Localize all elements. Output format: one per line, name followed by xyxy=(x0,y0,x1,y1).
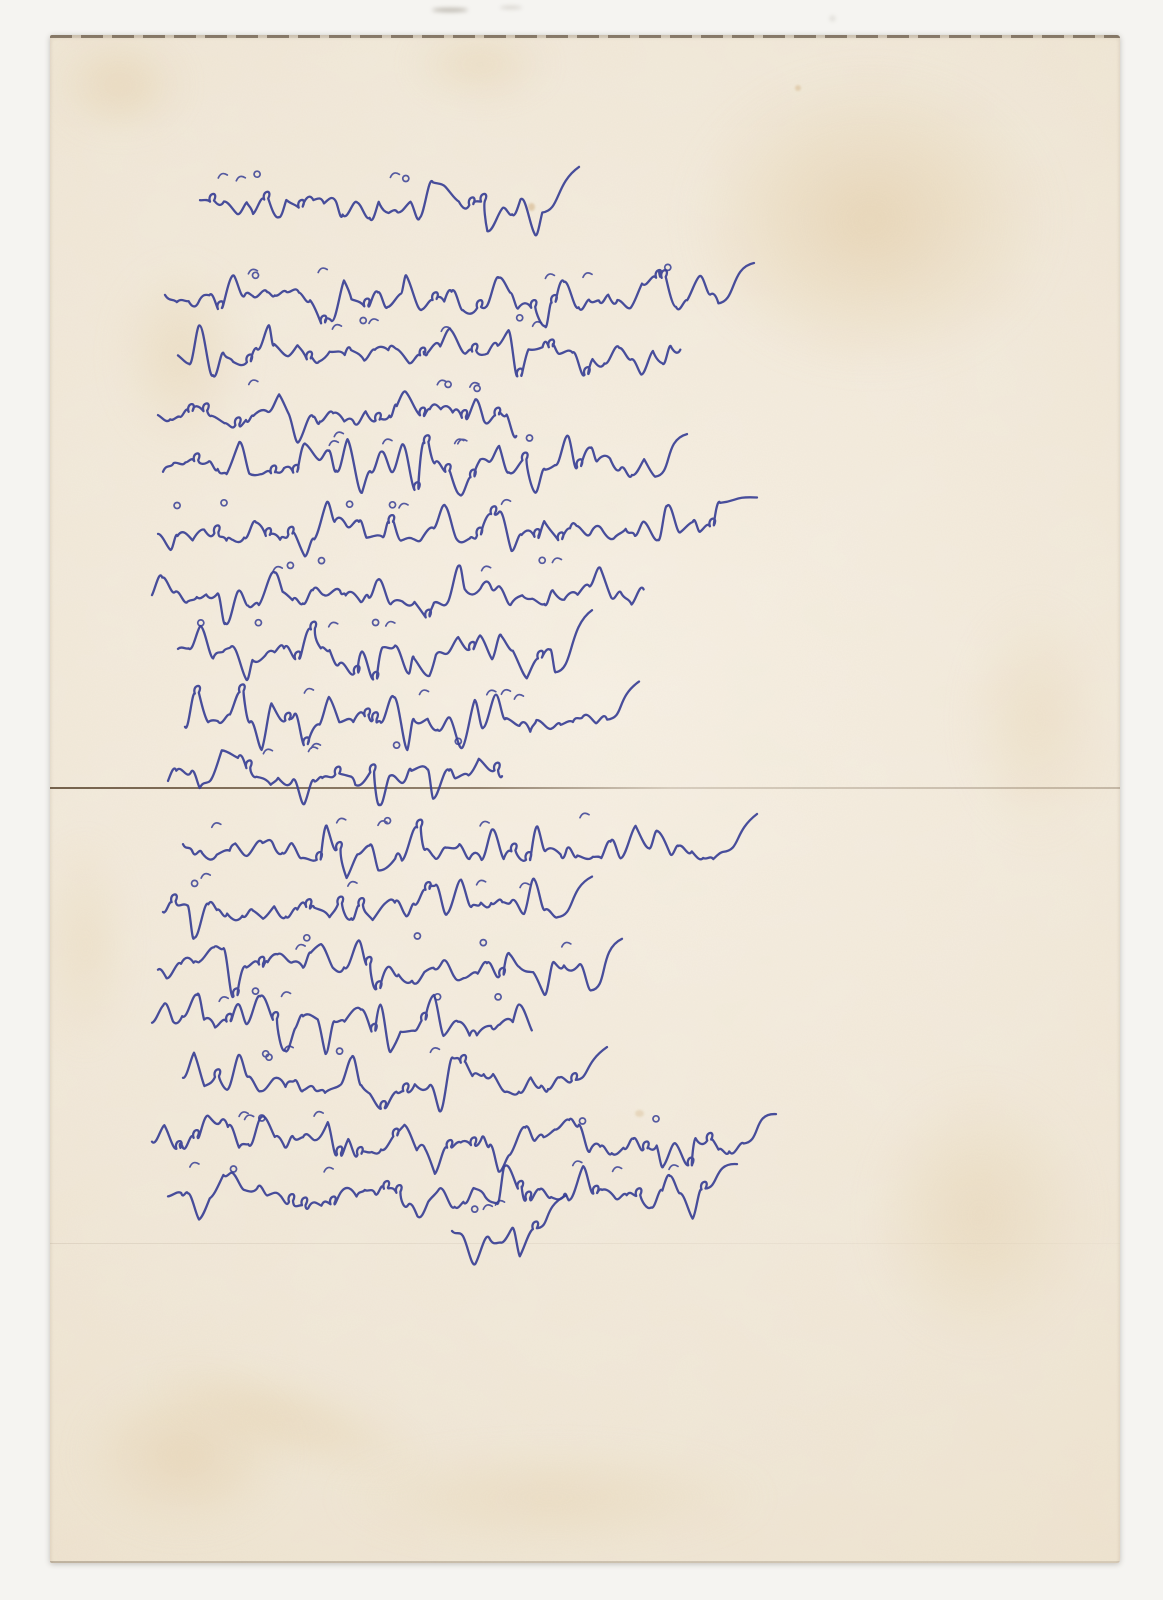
handwriting-line xyxy=(168,738,502,805)
paper-stain xyxy=(930,545,1120,895)
handwriting-line xyxy=(452,1196,566,1265)
paper-sheet xyxy=(50,35,1120,1563)
handwriting-line xyxy=(168,1161,737,1219)
paper-stain xyxy=(50,35,210,150)
scanned-page: ลูกศิษย์วัดประดู่ฉิมพลี ลูกชายลูกตามกาลว… xyxy=(0,0,1163,1600)
paper-top-edge xyxy=(50,35,1120,38)
scanner-smudge xyxy=(500,6,522,9)
transcription: ลูกศิษย์วัดประดู่ฉิมพลี ลูกชายลูกตามกาลว… xyxy=(0,0,1,1)
handwriting-line xyxy=(163,874,592,939)
handwriting-line xyxy=(158,497,757,556)
paper-stain xyxy=(85,220,275,490)
scanner-smudge xyxy=(432,8,468,12)
paper-stain xyxy=(610,35,1120,435)
handwriting-line xyxy=(178,610,592,680)
fold-crease-faint xyxy=(50,1243,1120,1244)
handwriting-line xyxy=(200,167,579,235)
fold-crease xyxy=(50,787,1120,789)
scanner-smudge xyxy=(830,16,835,21)
paper-stain xyxy=(380,35,580,112)
handwriting-line xyxy=(152,557,644,624)
paper-speck xyxy=(528,203,535,211)
paper-stain xyxy=(820,1025,1120,1405)
paper-speck xyxy=(635,1110,644,1117)
handwriting-line xyxy=(183,813,757,878)
handwriting-line xyxy=(185,682,639,750)
paper-bottom-edge xyxy=(50,1561,1120,1563)
handwriting-line xyxy=(158,933,622,997)
handwriting-line xyxy=(152,988,532,1054)
paper-stain xyxy=(50,785,150,1105)
handwriting-line xyxy=(152,1112,776,1174)
paper-speck xyxy=(795,85,801,91)
handwriting-line xyxy=(183,1046,607,1111)
